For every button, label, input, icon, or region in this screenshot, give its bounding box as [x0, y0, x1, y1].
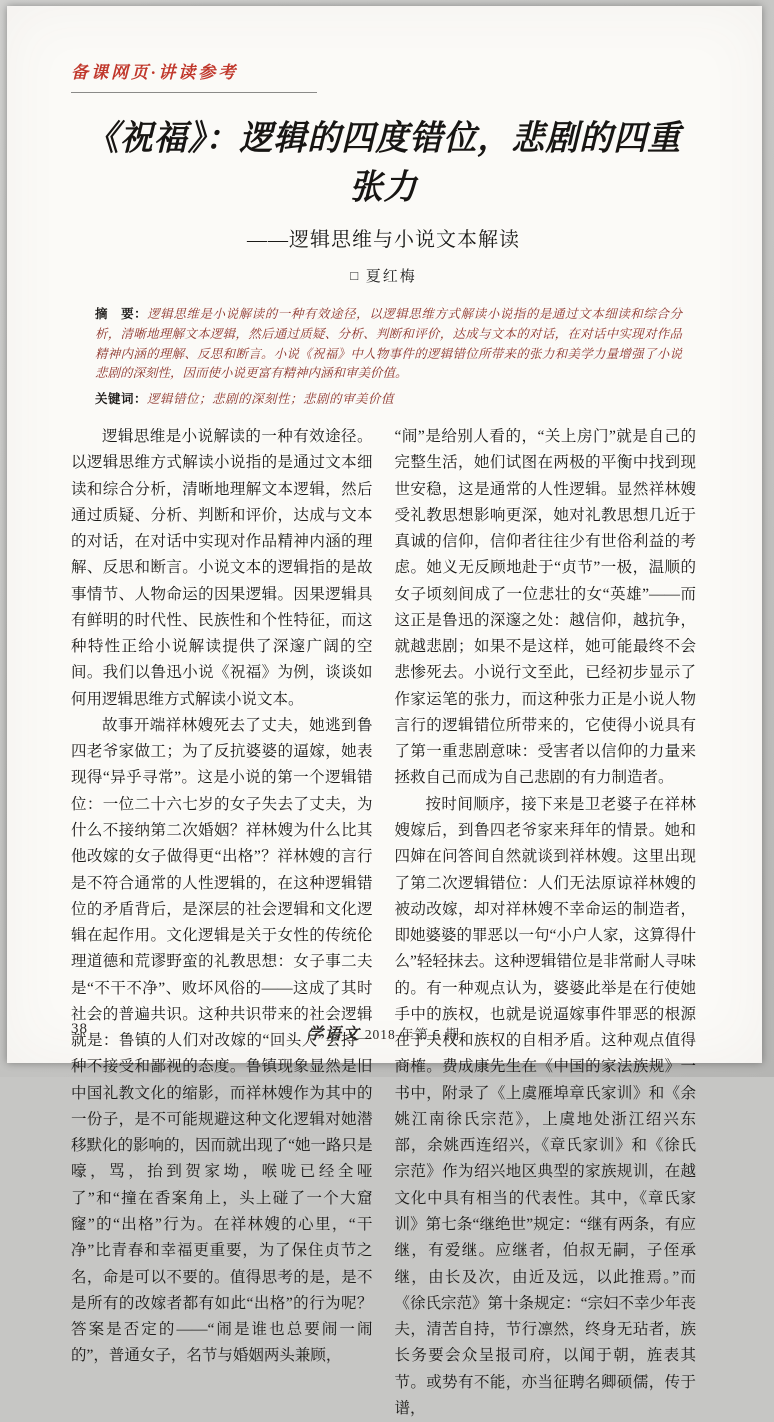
- article-title: 《祝福》：逻辑的四度错位，悲剧的四重张力: [71, 111, 696, 209]
- body-columns: 逻辑思维是小说解读的一种有效途径。以逻辑思维方式解读小说指的是通过文本细读和综合…: [71, 424, 696, 1077]
- keywords-label: 关键词：: [95, 392, 147, 406]
- left-column: 逻辑思维是小说解读的一种有效途径。以逻辑思维方式解读小说指的是通过文本细读和综合…: [71, 424, 373, 1077]
- keywords-line: 关键词：逻辑错位；悲剧的深刻性；悲剧的审美价值: [95, 389, 682, 407]
- badge-rule: [71, 92, 317, 93]
- abstract-label: 摘 要：: [95, 307, 147, 321]
- journal-name: 学语文: [307, 1026, 361, 1043]
- journal-issue: 2018 年第 5 期: [365, 1027, 460, 1042]
- article-subtitle: ——逻辑思维与小说文本解读: [71, 223, 696, 252]
- abstract: 摘 要：逻辑思维是小说解读的一种有效途径，以逻辑思维方式解读小说指的是通过文本细…: [95, 305, 682, 384]
- right-column: “闹”是给别人看的，“关上房门”就是自己的完整生活，她们试图在两极的平衡中找到现…: [395, 424, 697, 1077]
- journal-page: 备课网页·讲读参考 《祝福》：逻辑的四度错位，悲剧的四重张力 ——逻辑思维与小说…: [7, 6, 762, 1063]
- column-badge: 备课网页·讲读参考: [71, 58, 696, 83]
- journal-line: 学语文 2018 年第 5 期: [71, 1021, 696, 1044]
- abstract-text: 逻辑思维是小说解读的一种有效途径，以逻辑思维方式解读小说指的是通过文本细读和综合…: [95, 307, 682, 380]
- author-marker-icon: □: [350, 268, 360, 283]
- paragraph: “闹”是给别人看的，“关上房门”就是自己的完整生活，她们试图在两极的平衡中找到现…: [395, 424, 697, 792]
- author-name: 夏红梅: [366, 269, 417, 285]
- keywords-text: 逻辑错位；悲剧的深刻性；悲剧的审美价值: [147, 392, 394, 406]
- author-line: □ 夏红梅: [71, 265, 696, 286]
- paragraph: 逻辑思维是小说解读的一种有效途径。以逻辑思维方式解读小说指的是通过文本细读和综合…: [71, 424, 373, 713]
